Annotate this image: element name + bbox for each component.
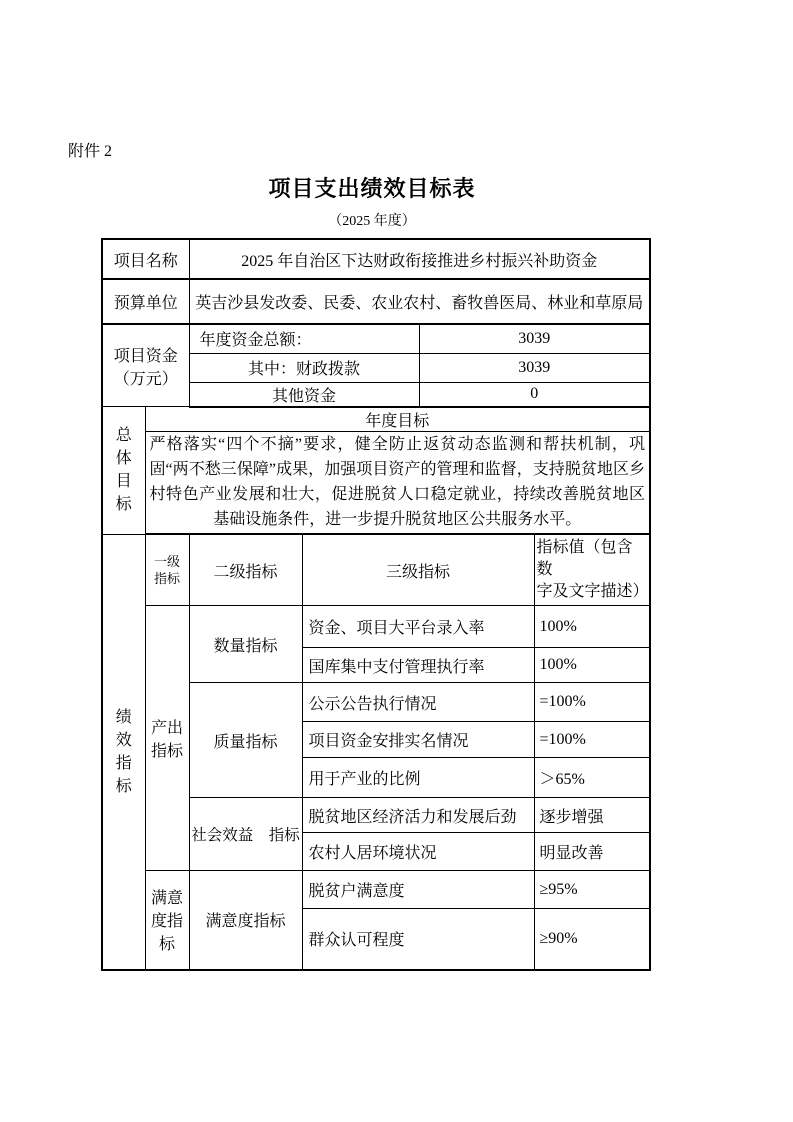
indicator-name-cell: 项目资金安排实名情况: [302, 722, 534, 758]
indicator-name-cell: 国库集中支付管理执行率: [302, 648, 534, 683]
project-name-value: 2025 年自治区下达财政衔接推进乡村振兴补助资金: [189, 239, 650, 279]
indicator-name-cell: 资金、项目大平台录入率: [302, 606, 534, 648]
header-indicator-value: 指标值（包含数 字及文字描述）: [534, 534, 650, 606]
indicator-name-cell: 公示公告执行情况: [302, 683, 534, 722]
funds-fiscal-value: 3039: [419, 353, 650, 382]
budget-unit-label: 预算单位: [102, 279, 189, 324]
indicator-name-cell: 群众认可程度: [302, 909, 534, 970]
header-level1: 一级 指标: [145, 534, 189, 606]
indicator-value-cell: ≥90%: [534, 909, 650, 970]
overall-goal-label: 总 体 目 标: [102, 407, 145, 535]
level2-social-benefit-label: 社会效益 指标: [189, 798, 302, 871]
indicator-value-cell: ≥95%: [534, 871, 650, 909]
indicator-value-cell: 明显改善: [534, 833, 650, 871]
indicator-value-cell: =100%: [534, 722, 650, 758]
indicator-name-cell: 脱贫户满意度: [302, 871, 534, 909]
table-row: 产出 指标 数量指标 资金、项目大平台录入率 100%: [102, 606, 650, 648]
funds-other-label: 其他资金: [189, 382, 419, 407]
indicator-value-cell: 逐步增强: [534, 798, 650, 833]
table-row: 绩 效 指 标 一级 指标 二级指标 三级指标 指标值（包含数 字及文字描述）: [102, 534, 650, 606]
table-row: 预算单位 英吉沙县发改委、民委、农业农村、畜牧兽医局、林业和草原局: [102, 279, 650, 324]
indicator-value-cell: 100%: [534, 606, 650, 648]
indicator-name-cell: 农村人居环境状况: [302, 833, 534, 871]
indicator-value-cell: =100%: [534, 683, 650, 722]
header-level2: 二级指标: [189, 534, 302, 606]
project-name-label: 项目名称: [102, 239, 189, 279]
indicator-value-cell: ＞65%: [534, 758, 650, 798]
level1-output-label: 产出 指标: [145, 606, 189, 871]
table-row: 满意 度指 标 满意度指标 脱贫户满意度 ≥95%: [102, 871, 650, 909]
annual-goal-text: 严格落实“四个不摘”要求，健全防止返贫动态监测和帮扶机制，巩固“两不愁三保障”成…: [145, 431, 650, 534]
table-row: 总 体 目 标 年度目标: [102, 407, 650, 432]
indicator-name-cell: 脱贫地区经济活力和发展后劲: [302, 798, 534, 833]
document-title: 项目支出绩效目标表: [68, 174, 676, 204]
document-page: 附件 2 项目支出绩效目标表 （2025 年度） 项目名称 2025 年自治区下…: [0, 0, 676, 971]
header-level3: 三级指标: [302, 534, 534, 606]
level1-satisfaction-label: 满意 度指 标: [145, 871, 189, 970]
indicator-value-cell: 100%: [534, 648, 650, 683]
level2-quantity-label: 数量指标: [189, 606, 302, 683]
annual-goal-header: 年度目标: [145, 407, 650, 432]
table-row: 严格落实“四个不摘”要求，健全防止返贫动态监测和帮扶机制，巩固“两不愁三保障”成…: [102, 431, 650, 534]
funds-other-value: 0: [419, 382, 650, 407]
performance-target-table: 项目名称 2025 年自治区下达财政衔接推进乡村振兴补助资金 预算单位 英吉沙县…: [101, 238, 651, 971]
funds-fiscal-label: 其中：财政拨款: [189, 353, 419, 382]
level2-satisfaction-label: 满意度指标: [189, 871, 302, 970]
funds-total-value: 3039: [419, 324, 650, 353]
document-subtitle: （2025 年度）: [68, 213, 676, 231]
level2-quality-label: 质量指标: [189, 683, 302, 798]
indicator-name-cell: 用于产业的比例: [302, 758, 534, 798]
funds-total-label: 年度资金总额：: [189, 324, 419, 353]
table-row: 项目名称 2025 年自治区下达财政衔接推进乡村振兴补助资金: [102, 239, 650, 279]
table-row: 项目资金 （万元） 年度资金总额： 3039: [102, 324, 650, 353]
attachment-label: 附件 2: [68, 142, 676, 162]
performance-section-label: 绩 效 指 标: [102, 534, 145, 970]
budget-unit-value: 英吉沙县发改委、民委、农业农村、畜牧兽医局、林业和草原局: [189, 279, 650, 324]
funds-label: 项目资金 （万元）: [102, 324, 189, 407]
